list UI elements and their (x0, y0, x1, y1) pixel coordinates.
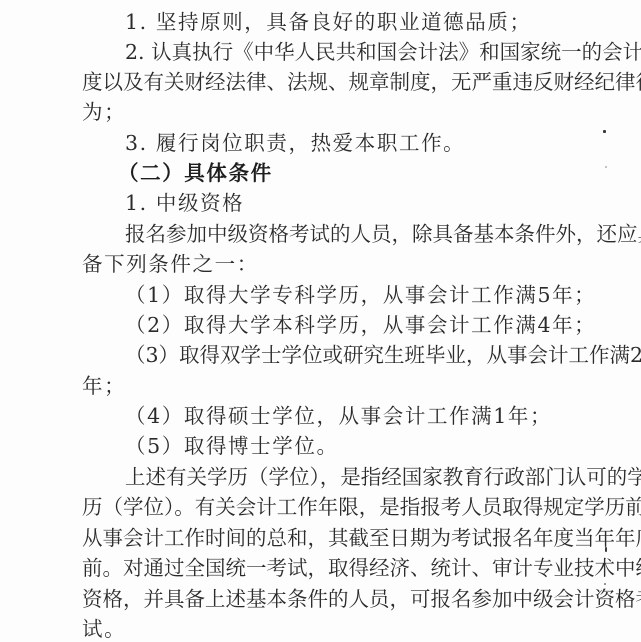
intermediate-intro-cont: 备下列条件之一： (82, 249, 558, 279)
scan-speck-mark (603, 130, 606, 133)
document-page: 1. 坚持原则，具备良好的职业道德品质； 2. 认真执行《中华人民共和国会计法》… (0, 0, 641, 642)
basic-condition-1: 1. 坚持原则，具备良好的职业道德品质； (125, 7, 558, 37)
condition-item-5: （5）取得博士学位。 (125, 431, 558, 461)
condition-item-2: （2）取得大学本科学历，从事会计工作满4年； (125, 310, 558, 340)
explanation-paragraph-line-5: 资格，并具备上述基本条件的人员，可报名参加中级会计资格考 (82, 584, 558, 614)
intermediate-intro: 报名参加中级资格考试的人员，除具备基本条件外，还应具 (125, 219, 558, 249)
scan-speck-mark (605, 166, 607, 168)
condition-item-1: （1）取得大学专科学历，从事会计工作满5年； (125, 280, 558, 310)
explanation-paragraph-line-4: 前。对通过全国统一考试，取得经济、统计、审计专业技术中级 (82, 553, 558, 583)
explanation-paragraph-line-3: 从事会计工作时间的总和，其截至日期为考试报名年度当年年底 (82, 523, 558, 553)
section-heading-specific-conditions: （二）具体条件 (118, 158, 594, 188)
explanation-paragraph: 上述有关学历（学位），是指经国家教育行政部门认可的学 (125, 462, 558, 492)
scan-speck-mark (604, 583, 606, 585)
basic-condition-2-cont: 度以及有关财经法律、法规、规章制度，无严重违反财经纪律行 (82, 67, 558, 97)
condition-item-3-cont: 年； (82, 371, 558, 401)
basic-condition-2: 2. 认真执行《中华人民共和国会计法》和国家统一的会计制 (125, 37, 558, 67)
basic-condition-2-end: 为； (82, 97, 558, 127)
subsection-intermediate-qualification: 1. 中级资格 (125, 188, 558, 218)
basic-condition-3: 3. 履行岗位职责，热爱本职工作。 (125, 128, 558, 158)
condition-item-3: （3）取得双学士学位或研究生班毕业，从事会计工作满2 (125, 340, 558, 370)
explanation-paragraph-end: 试。 (82, 614, 558, 642)
scan-speck-mark (605, 547, 607, 552)
explanation-paragraph-line-2: 历（学位）。有关会计工作年限，是指报考人员取得规定学历前后 (82, 492, 558, 522)
condition-item-4: （4）取得硕士学位，从事会计工作满1年； (125, 401, 558, 431)
